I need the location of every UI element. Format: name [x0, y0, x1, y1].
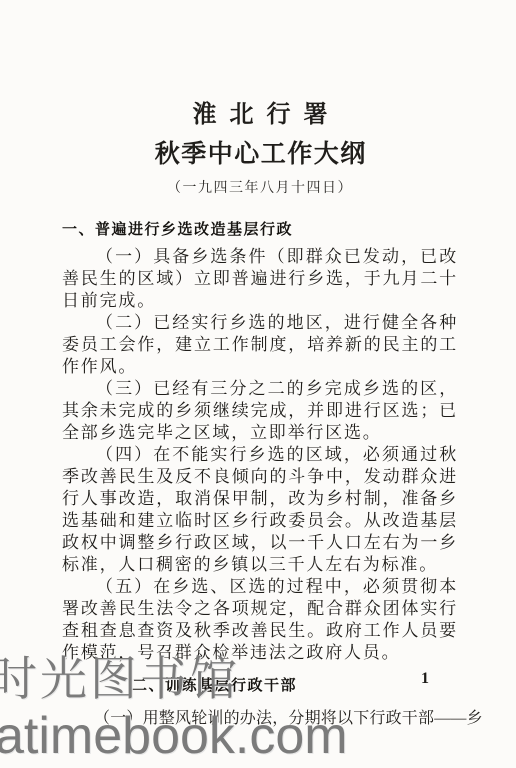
page-number: 1 — [421, 670, 429, 688]
watermark-site-name: 时光图书馆 — [0, 655, 240, 702]
paragraph: （三）已经有三分之二的乡完成乡选的区，其余未完成的乡须继续完成，并即进行区选；已… — [62, 378, 458, 444]
scanned-document-page: 淮北行署 秋季中心工作大纲 （一九四三年八月十四日） 一、普遍进行乡选改造基层行… — [0, 0, 516, 768]
paragraph: （五）在乡选、区选的过程中，必须贯彻本署改善民生法令之各项规定，配合群众团体实行… — [62, 576, 458, 664]
document-subtitle: 秋季中心工作大纲 — [62, 141, 458, 169]
paragraph: （二）已经实行乡选的地区，进行健全各种委员工会作，建立工作制度，培养新的民主的工… — [62, 312, 458, 378]
section-1-heading: 一、普遍进行乡选改造基层行政 — [62, 220, 458, 239]
document-date: （一九四三年八月十四日） — [62, 180, 458, 198]
paragraph: （四）在不能实行乡选的区域，必须通过秋季改善民生及反不良倾向的斗争中，发动群众进… — [62, 444, 458, 576]
document-title: 淮北行署 — [62, 102, 458, 128]
paragraph: （一）具备乡选条件（即群众已发动，已改善民生的区域）立即普遍进行乡选，于九月二十… — [62, 246, 458, 312]
watermark-site-url: atimebook.com — [0, 709, 348, 763]
section-1-body: （一）具备乡选条件（即群众已发动，已改善民生的区域）立即普遍进行乡选，于九月二十… — [62, 246, 458, 664]
page-content: 淮北行署 秋季中心工作大纲 （一九四三年八月十四日） 一、普遍进行乡选改造基层行… — [62, 0, 458, 730]
